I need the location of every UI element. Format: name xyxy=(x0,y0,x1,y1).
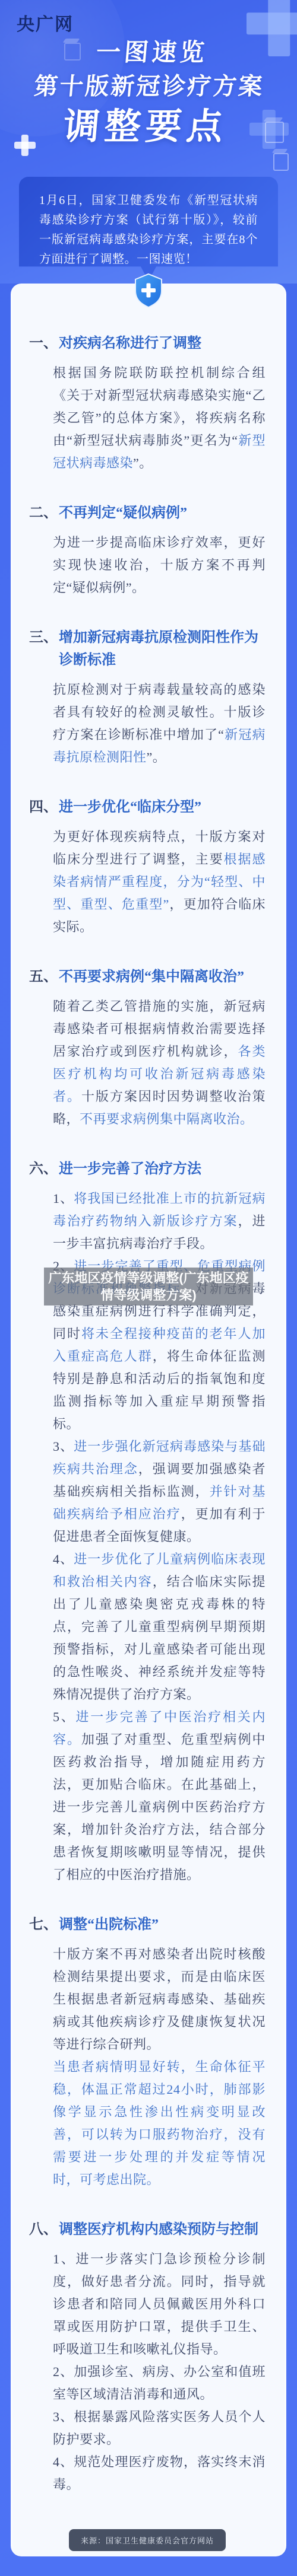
section-number: 三、 xyxy=(29,626,59,671)
body-text: 十版方案不再对感染者出院时核酸检测结果提出要求，而是由临床医生根据患者新冠病毒感… xyxy=(53,1947,266,2052)
body-text: 4、 xyxy=(53,1552,74,1566)
section-number: 四、 xyxy=(29,796,59,819)
section-number: 一、 xyxy=(29,332,59,355)
video-caption-overlay: 广东地区疫情等级调整(广东地区疫情等级调整方案) xyxy=(44,1268,253,1305)
section-heading: 八、调整医疗机构内感染预防与控制 xyxy=(29,2218,266,2241)
section-paragraph: 根据国务院联防联控机制综合组《关于对新型冠状病毒感染实施“乙类乙管”的总体方案》… xyxy=(53,362,266,475)
body-text: ，结合临床实际提出了儿童感染奥密克戎毒株的特点，完善了儿童重型病例早期预期预警指… xyxy=(53,1574,266,1702)
highlighted-text: 当患者病情明显好转，生命体征平稳，体温正常超过24小时，肺部影像学显示急性渗出性… xyxy=(53,2059,266,2187)
section: 七、调整“出院标准”十版方案不再对感染者出院时核酸检测结果提出要求，而是由临床医… xyxy=(29,1913,266,2191)
highlighted-text: 不再要求病例集中隔离收治。 xyxy=(80,1112,254,1126)
body-text: 2、加强诊室、病房、办公室和值班室等区域清洁消毒和通风。 xyxy=(53,2364,266,2402)
source-footer: 来源：国家卫生健康委员会官方网站 xyxy=(69,2529,226,2551)
section-title: 进一步完善了治疗方法 xyxy=(59,1158,266,1180)
body-text: 随着乙类乙管措施的实施，新冠病毒感染者可根据病情救治需要选择居家治疗或到医疗机构… xyxy=(53,999,266,1059)
section-number: 六、 xyxy=(29,1158,59,1180)
cnr-logo: 央广网 xyxy=(17,9,74,36)
body-text: ”。 xyxy=(133,456,153,470)
section-title: 增加新冠病毒抗原检测阳性作为诊断标准 xyxy=(59,626,266,671)
section-heading: 六、进一步完善了治疗方法 xyxy=(29,1158,266,1180)
section-paragraph: 5、进一步完善了中医治疗相关内容。加强了对重型、危重型病例中医药救治指导，增加随… xyxy=(53,1706,266,1886)
intro-text: 1月6日，国家卫健委发布《新型冠状病毒感染诊疗方案（试行第十版）》，较前一版新冠… xyxy=(19,177,278,281)
section: 八、调整医疗机构内感染预防与控制1、进一步落实门急诊预检分诊制度，做好患者分流。… xyxy=(29,2218,266,2496)
section-paragraph: 当患者病情明显好转，生命体征平稳，体温正常超过24小时，肺部影像学显示急性渗出性… xyxy=(53,2056,266,2191)
content-card: 一、对疾病名称进行了调整根据国务院联防联控机制综合组《关于对新型冠状病毒感染实施… xyxy=(11,284,286,2556)
section-paragraph: 3、进一步强化新冠病毒感染与基础疾病共治理念，强调要加强感染者基础疾病相关指标监… xyxy=(53,1435,266,1548)
body-text: ”。 xyxy=(147,750,166,765)
body-text: 3、根据暴露风险落实医务人员个人防护要求。 xyxy=(53,2409,266,2447)
section-title: 对疾病名称进行了调整 xyxy=(59,332,266,355)
section-title: 不再判定“疑似病例” xyxy=(59,502,266,524)
page-title: 一图速览 第十版新冠诊疗方案 调整要点 xyxy=(0,40,297,145)
section: 五、不再要求病例“集中隔离收治”随着乙类乙管措施的实施，新冠病毒感染者可根据病情… xyxy=(29,966,266,1131)
section: 四、进一步优化“临床分型”为更好体现疾病特点，十版方案对临床分型进行了调整，主要… xyxy=(29,796,266,938)
cube-icon xyxy=(273,153,289,171)
section-paragraph: 1、进一步落实门急诊预检分诊制度，做好患者分流。同时，指导就诊患者和陪同人员佩戴… xyxy=(53,2248,266,2361)
body-text: 为进一步提高临床诊疗效率，更好实现快速收治，十版方案不再判定“疑似病例”。 xyxy=(53,535,266,595)
section-paragraph: 抗原检测对于病毒载量较高的感染者具有较好的检测灵敏性。十版诊疗方案在诊断标准中增… xyxy=(53,679,266,769)
section-paragraph: 为进一步提高临床诊疗效率，更好实现快速收治，十版方案不再判定“疑似病例”。 xyxy=(53,531,266,599)
section-number: 八、 xyxy=(29,2218,59,2241)
title-line-3: 调整要点 xyxy=(0,109,296,145)
intro-panel: 1月6日，国家卫健委发布《新型冠状病毒感染诊疗方案（试行第十版）》，较前一版新冠… xyxy=(19,177,278,281)
shield-plus-icon xyxy=(133,273,164,311)
section-heading: 二、不再判定“疑似病例” xyxy=(29,502,266,524)
section-paragraph: 2、加强诊室、病房、办公室和值班室等区域清洁消毒和通风。 xyxy=(53,2361,266,2406)
section-paragraph: 1、将我国已经批准上市的抗新冠病毒治疗药物纳入新版诊疗方案，进一步丰富抗病毒治疗… xyxy=(53,1187,266,1255)
body-text: 1、 xyxy=(53,1191,74,1206)
section-paragraph: 随着乙类乙管措施的实施，新冠病毒感染者可根据病情救治需要选择居家治疗或到医疗机构… xyxy=(53,995,266,1131)
body-text: 加强了对重型、危重型病例中医药救治指导，增加随症用药方法，更加贴合临床。在此基础… xyxy=(53,1732,266,1882)
section: 三、增加新冠病毒抗原检测阳性作为诊断标准抗原检测对于病毒载量较高的感染者具有较好… xyxy=(29,626,266,769)
section-number: 二、 xyxy=(29,502,59,524)
section-heading: 五、不再要求病例“集中隔离收治” xyxy=(29,966,266,988)
body-text: 5、 xyxy=(53,1709,76,1724)
body-text: 1、进一步落实门急诊预检分诊制度，做好患者分流。同时，指导就诊患者和陪同人员佩戴… xyxy=(53,2252,266,2357)
section-number: 五、 xyxy=(29,966,59,988)
sections-container: 一、对疾病名称进行了调整根据国务院联防联控机制综合组《关于对新型冠状病毒感染实施… xyxy=(29,332,266,2496)
infographic-page: 央广网 一图速览 第十版新冠诊疗方案 调整要点 1月6日，国家卫健委发布《新型冠… xyxy=(0,0,297,2576)
section-title: 调整“出院标准” xyxy=(59,1913,266,1936)
body-text: 3、 xyxy=(53,1439,74,1454)
section: 一、对疾病名称进行了调整根据国务院联防联控机制综合组《关于对新型冠状病毒感染实施… xyxy=(29,332,266,475)
section-paragraph: 为更好体现疾病特点，十版方案对临床分型进行了调整，主要根据感染者病情严重程度，分… xyxy=(53,826,266,938)
body-text: 4、规范处理医疗废物，落实终末消毒。 xyxy=(53,2454,266,2492)
section-heading: 一、对疾病名称进行了调整 xyxy=(29,332,266,355)
section-paragraph: 4、规范处理医疗废物，落实终末消毒。 xyxy=(53,2451,266,2496)
section: 二、不再判定“疑似病例”为进一步提高临床诊疗效率，更好实现快速收治，十版方案不再… xyxy=(29,502,266,599)
section-heading: 七、调整“出院标准” xyxy=(29,1913,266,1936)
section-heading: 三、增加新冠病毒抗原检测阳性作为诊断标准 xyxy=(29,626,266,671)
section-number: 七、 xyxy=(29,1913,59,1936)
section-title: 进一步优化“临床分型” xyxy=(59,796,266,819)
section-title: 不再要求病例“集中隔离收治” xyxy=(59,966,266,988)
highlighted-text: 将我国已经批准上市的抗新冠病毒治疗药物纳入新版诊疗方案 xyxy=(53,1191,266,1228)
body-text: 根据国务院联防联控机制综合组《关于对新型冠状病毒感染实施“乙类乙管”的总体方案》… xyxy=(53,365,266,448)
section-heading: 四、进一步优化“临床分型” xyxy=(29,796,266,819)
section-paragraph: 十版方案不再对感染者出院时核酸检测结果提出要求，而是由临床医生根据患者新冠病毒感… xyxy=(53,1943,266,2056)
section-paragraph: 3、根据暴露风险落实医务人员个人防护要求。 xyxy=(53,2406,266,2451)
section-title: 调整医疗机构内感染预防与控制 xyxy=(59,2218,266,2241)
title-line-2: 第十版新冠诊疗方案 xyxy=(0,75,297,98)
title-line-1: 一图速览 xyxy=(2,40,297,65)
section-paragraph: 4、进一步优化了儿童病例临床表现和救治相关内容，结合临床实际提出了儿童感染奥密克… xyxy=(53,1548,266,1706)
